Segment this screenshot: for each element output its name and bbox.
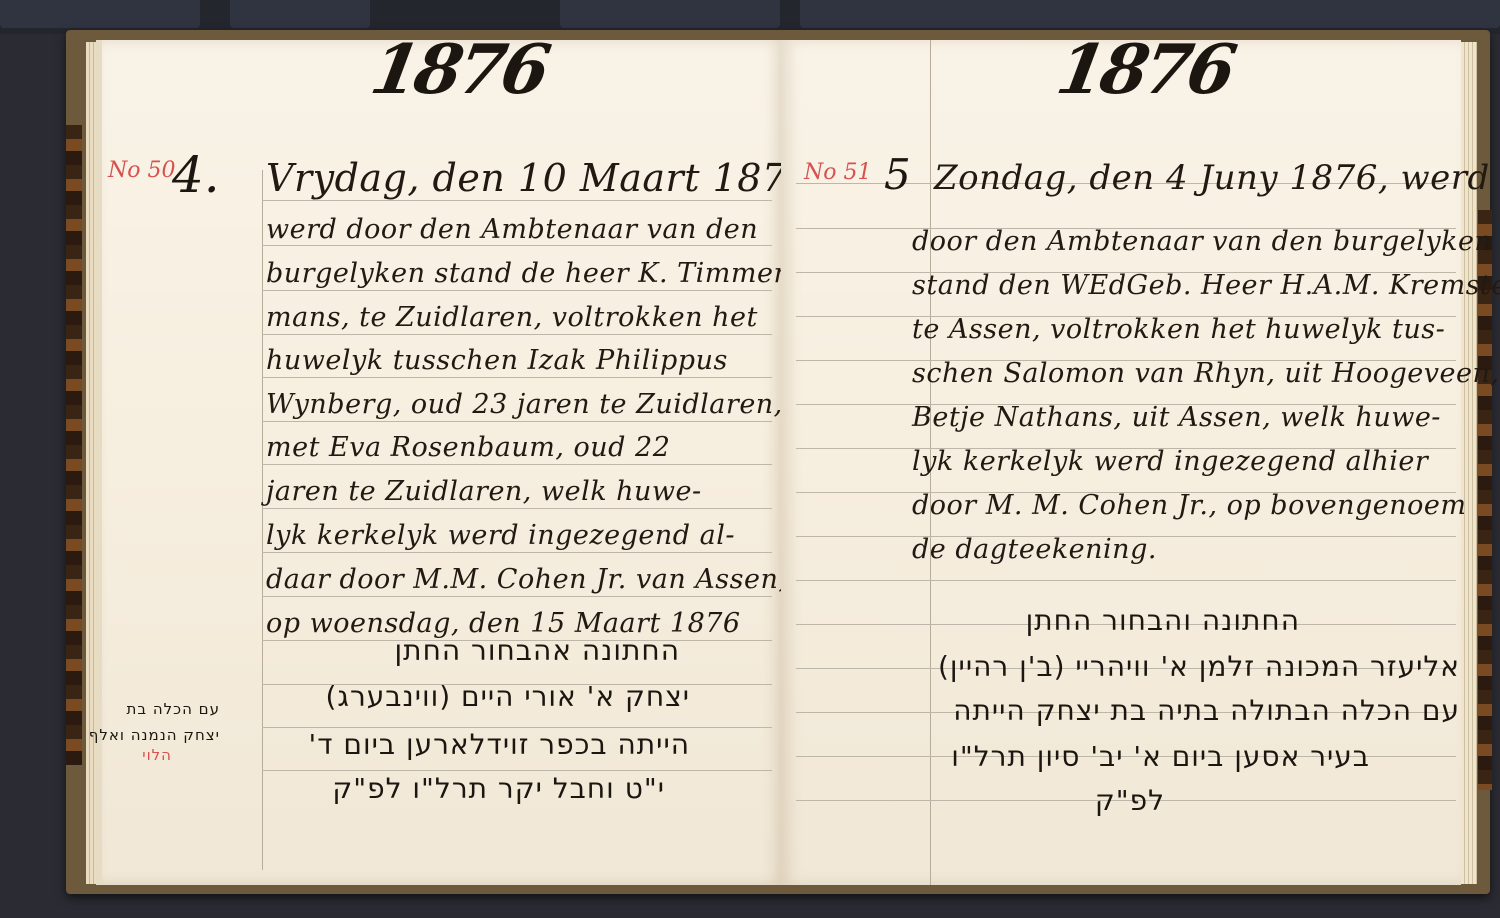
margin-note-line: יצחק הנמנה ואלף bbox=[89, 726, 220, 744]
text-line: schen Salomon van Rhyn, uit Hoogeveen, bbox=[912, 358, 1499, 389]
text-line: jaren te Zuidlaren, welk huwe- bbox=[266, 476, 702, 507]
text-line: met Eva Rosenbaum, oud 22 bbox=[266, 432, 670, 463]
background-top bbox=[0, 0, 1500, 34]
text-line: te Assen, voltrokken het huwelyk tus- bbox=[912, 314, 1445, 345]
cover-marbling-left bbox=[66, 125, 82, 765]
text-line: door den Ambtenaar van den burgelyken bbox=[912, 226, 1492, 257]
right-entry-number: No 51 bbox=[804, 160, 871, 185]
left-entry-index: 4. bbox=[172, 146, 220, 204]
text-line: Zondag, den 4 Juny 1876, werd bbox=[934, 158, 1490, 198]
text-line: daar door M.M. Cohen Jr. van Assen, bbox=[266, 564, 787, 595]
hebrew-line: החתונה והבחור החתן bbox=[1026, 604, 1300, 637]
hebrew-line: לפ"ק bbox=[1095, 784, 1165, 817]
left-entry-number: No 50 bbox=[108, 158, 175, 183]
text-line: mans, te Zuidlaren, voltrokken het bbox=[266, 302, 758, 333]
text-line: de dagteekening. bbox=[912, 534, 1157, 565]
text-line: Vrydag, den 10 Maart 1876, bbox=[266, 156, 824, 200]
hebrew-line: עם הכלה הבתולה בתיה בת יצחק הייתה bbox=[953, 694, 1460, 727]
text-line: burgelyken stand de heer K. Timmer bbox=[266, 258, 787, 289]
right-year-heading: 1876 bbox=[1051, 30, 1238, 110]
hebrew-line: י"ט וחבל יקר תרל"ו לפ"ק bbox=[332, 772, 665, 805]
hebrew-line: יצחק א' אורי היים (ווינבערג) bbox=[326, 680, 691, 713]
text-line: door M. M. Cohen Jr., op bovengenoem bbox=[912, 490, 1466, 521]
text-line: lyk kerkelyk werd ingezegend alhier bbox=[912, 446, 1428, 477]
text-line: werd door den Ambtenaar van den bbox=[266, 214, 758, 245]
margin-note-red: הלוי bbox=[142, 746, 172, 764]
text-line: huwelyk tusschen Izak Philippus bbox=[266, 345, 728, 376]
margin-note-line: עם הכלה בת bbox=[127, 700, 220, 718]
left-margin-line bbox=[262, 170, 263, 870]
left-year-heading: 1876 bbox=[365, 30, 552, 110]
text-line: lyk kerkelyk werd ingezegend al- bbox=[266, 520, 735, 551]
text-line: Wynberg, oud 23 jaren te Zuidlaren, bbox=[266, 389, 783, 420]
right-entry-index: 5 bbox=[884, 150, 911, 199]
hebrew-line: אליעזר המכונה זלמן א' וויהריי (ב'ן רהיין… bbox=[938, 650, 1460, 683]
text-line: Betje Nathans, uit Assen, welk huwe- bbox=[912, 402, 1441, 433]
text-line: stand den WEdGeb. Heer H.A.M. Kremsteede bbox=[912, 270, 1500, 301]
hebrew-line: בעיר אסען ביום א' יב' סיון תרל"ו bbox=[951, 740, 1370, 773]
hebrew-line: החתונה אהבחור החתן bbox=[395, 634, 680, 667]
hebrew-line: הייתה בכפר זוידלארען ביום ד' bbox=[309, 728, 691, 761]
